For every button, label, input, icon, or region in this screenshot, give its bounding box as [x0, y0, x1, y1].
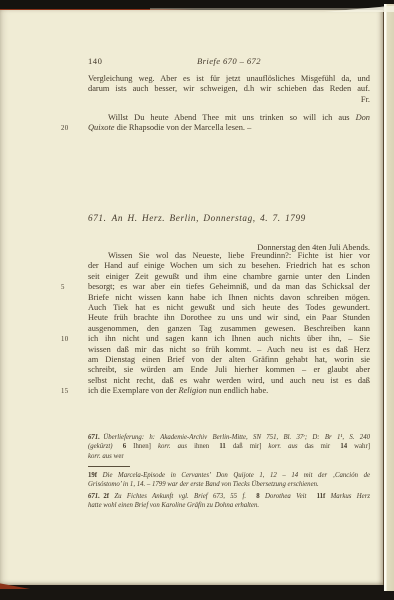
line-number: 20: [61, 124, 81, 134]
text-segment: ausgenommen, den ganzen Tag zusammen gew…: [88, 324, 370, 333]
text-line: schreibt, sie würden am Ende Juli hierhe…: [88, 365, 370, 375]
text-segment: Überlieferung: h: Akademie-Archiv Berlin…: [100, 434, 370, 441]
book-page: 140 Briefe 670 – 672 Vergleichung weg. A…: [0, 10, 384, 585]
text-segment: seit einiger Zeit gewußt und ihm eine ch…: [88, 272, 370, 281]
text-segment: Don: [356, 113, 370, 122]
text-line: Wissen Sie wol das Neueste, liebe Freund…: [88, 251, 370, 261]
text-line: selbst nicht recht, daß es wahr werden w…: [88, 376, 370, 386]
text-segment: [113, 443, 123, 450]
page-number: 140: [88, 56, 102, 67]
text-segment: 671.: [88, 493, 100, 500]
text-segment: die Rhapsodie von der Marcella lesen. –: [115, 123, 252, 132]
text-segment: 19f: [88, 472, 97, 479]
text-segment: 11f: [317, 493, 326, 500]
text-segment: Ihnen]: [126, 443, 158, 450]
text-segment: Grisóstomo’ in 1, 14. – 1799 war der ers…: [88, 481, 319, 488]
text-segment: [330, 443, 340, 450]
commentary-lines: 19f Die Marcela-Episode in Cervantes’ Do…: [88, 471, 370, 490]
text-segment: darum ists auch besser, wir schweigen, d…: [88, 84, 370, 93]
text-segment: Die Marcela-Episode in Cervantes’ Don Qu…: [97, 472, 370, 479]
running-head-title: Briefe 670 – 672: [197, 56, 261, 66]
text-line: 15ich die Exemplare von der Religion nun…: [88, 386, 370, 396]
text-segment: wissen daß mir das nicht so früh kommt. …: [88, 345, 370, 354]
commentary-block-letter-670: 19f Die Marcela-Episode in Cervantes’ Do…: [88, 471, 370, 490]
text-segment: Heute früh brachte ihn Dorothee zu uns u…: [88, 313, 370, 322]
text-segment: wer: [112, 453, 124, 460]
text-segment: besorgt; es war aber ein tiefes Geheimni…: [88, 282, 370, 291]
text-segment: wahr]: [347, 443, 370, 450]
book-photo: 140 Briefe 670 – 672 Vergleichung weg. A…: [0, 0, 394, 600]
text-line: (gekürzt) 6 Ihnen] korr. aus ihnen 11 da…: [88, 442, 370, 451]
text-line: 5besorgt; es war aber ein tiefes Geheimn…: [88, 282, 370, 292]
text-line: 10ich ihn nicht und sagen kann ich Ihnen…: [88, 334, 370, 344]
text-line: 671. 2f Zu Fichtes Ankunft vgl. Brief 67…: [88, 492, 370, 501]
text-segment: ich die Exemplare von der: [88, 386, 178, 395]
line-number: 10: [61, 335, 81, 345]
line-number: 15: [61, 387, 81, 397]
apparatus-lines: 671. Überlieferung: h: Akademie-Archiv B…: [88, 433, 370, 461]
text-line: 671. Überlieferung: h: Akademie-Archiv B…: [88, 433, 370, 442]
text-segment: Religion: [178, 386, 206, 395]
text-line: Heute früh brachte ihn Dorothee zu uns u…: [88, 313, 370, 323]
text-segment: Markus Herz: [325, 493, 370, 500]
text-segment: das mir: [298, 443, 331, 450]
letter-670-postscript-lines: Willst Du heute Abend Thee mit uns trink…: [88, 113, 370, 134]
text-line: korr. aus wer: [88, 452, 370, 461]
text-line: Auch Tiek hat es nicht gewußt und sich h…: [88, 303, 370, 313]
text-segment: Willst Du heute Abend Thee mit uns trink…: [108, 113, 356, 122]
letter-670-postscript: Willst Du heute Abend Thee mit uns trink…: [88, 113, 370, 134]
apparatus-block-overlieferung: 671. Überlieferung: h: Akademie-Archiv B…: [88, 433, 370, 461]
text-segment: Quixote: [88, 123, 115, 132]
text-segment: (gekürzt): [88, 443, 113, 450]
text-segment: daß mir]: [226, 443, 269, 450]
text-segment: korr. aus: [88, 453, 112, 460]
text-line: seit einiger Zeit gewußt und ihm eine ch…: [88, 272, 370, 282]
text-line: Grisóstomo’ in 1, 14. – 1799 war der ers…: [88, 480, 370, 489]
commentary-block-letter-671: 671. 2f Zu Fichtes Ankunft vgl. Brief 67…: [88, 492, 370, 511]
text-segment: 671.: [88, 434, 100, 441]
running-head: 140 Briefe 670 – 672: [88, 56, 370, 67]
text-segment: [306, 493, 316, 500]
text-segment: korr. aus: [158, 443, 187, 450]
text-segment: Dorothea Veit: [260, 493, 307, 500]
text-segment: ich ihn nicht und sagen kann ich Ihnen a…: [88, 334, 370, 343]
text-segment: Auch Tiek hat es nicht gewußt und sich h…: [88, 303, 370, 312]
text-segment: hatte wohl einen Brief von Karoline Gräf…: [88, 502, 259, 509]
text-line: wissen daß mir das nicht so früh kommt. …: [88, 345, 370, 355]
text-segment: Vergleichung weg. Aber es ist für jetzt …: [88, 74, 370, 83]
text-segment: Briefe nicht wissen kann habe ich Ihnen …: [88, 293, 370, 302]
text-segment: schreibt, sie würden am Ende Juli hierhe…: [88, 365, 370, 374]
text-segment: selbst nicht recht, daß es wahr werden w…: [88, 376, 370, 385]
text-line: am Dienstag einen Brief von der alten Gr…: [88, 355, 370, 365]
text-line: Willst Du heute Abend Thee mit uns trink…: [88, 113, 370, 123]
letter-671-body: Wissen Sie wol das Neueste, liebe Freund…: [88, 251, 370, 397]
text-line: der Hand auf einige Wochen um sich zu be…: [88, 261, 370, 271]
text-line: ausgenommen, den ganzen Tag zusammen gew…: [88, 324, 370, 334]
text-line: Vergleichung weg. Aber es ist für jetzt …: [88, 74, 370, 84]
text-segment: Zu Fichtes Ankunft vgl. Brief 673, 55 f.: [109, 493, 246, 500]
text-segment: nun endlich habe.: [207, 386, 268, 395]
line-number: 5: [61, 283, 81, 293]
letter-670-closing: Vergleichung weg. Aber es ist für jetzt …: [88, 74, 370, 105]
letter-670-closing-lines: Vergleichung weg. Aber es ist für jetzt …: [88, 74, 370, 95]
text-segment: [246, 493, 256, 500]
footnote-rule: [88, 466, 130, 467]
signature: Fr.: [88, 95, 370, 105]
text-segment: korr. aus: [268, 443, 297, 450]
text-line: darum ists auch besser, wir schweigen, d…: [88, 84, 370, 94]
text-line: 19f Die Marcela-Episode in Cervantes’ Do…: [88, 471, 370, 480]
text-segment: [209, 443, 219, 450]
letter-671-heading: 671. An H. Herz. Berlin, Donnerstag, 4. …: [88, 213, 370, 223]
text-line: Briefe nicht wissen kann habe ich Ihnen …: [88, 293, 370, 303]
text-segment: ihnen: [187, 443, 209, 450]
text-segment: der Hand auf einige Wochen um sich zu be…: [88, 261, 370, 270]
text-segment: Wissen Sie wol das Neueste, liebe Freund…: [108, 251, 370, 260]
text-line: 20Quixote die Rhapsodie von der Marcella…: [88, 123, 370, 133]
text-segment: am Dienstag einen Brief von der alten Gr…: [88, 355, 370, 364]
text-line: hatte wohl einen Brief von Karoline Gräf…: [88, 501, 370, 510]
page-block-edge: [384, 4, 394, 591]
letter-671-body-lines: Wissen Sie wol das Neueste, liebe Freund…: [88, 251, 370, 397]
commentary-lines: 671. 2f Zu Fichtes Ankunft vgl. Brief 67…: [88, 492, 370, 511]
